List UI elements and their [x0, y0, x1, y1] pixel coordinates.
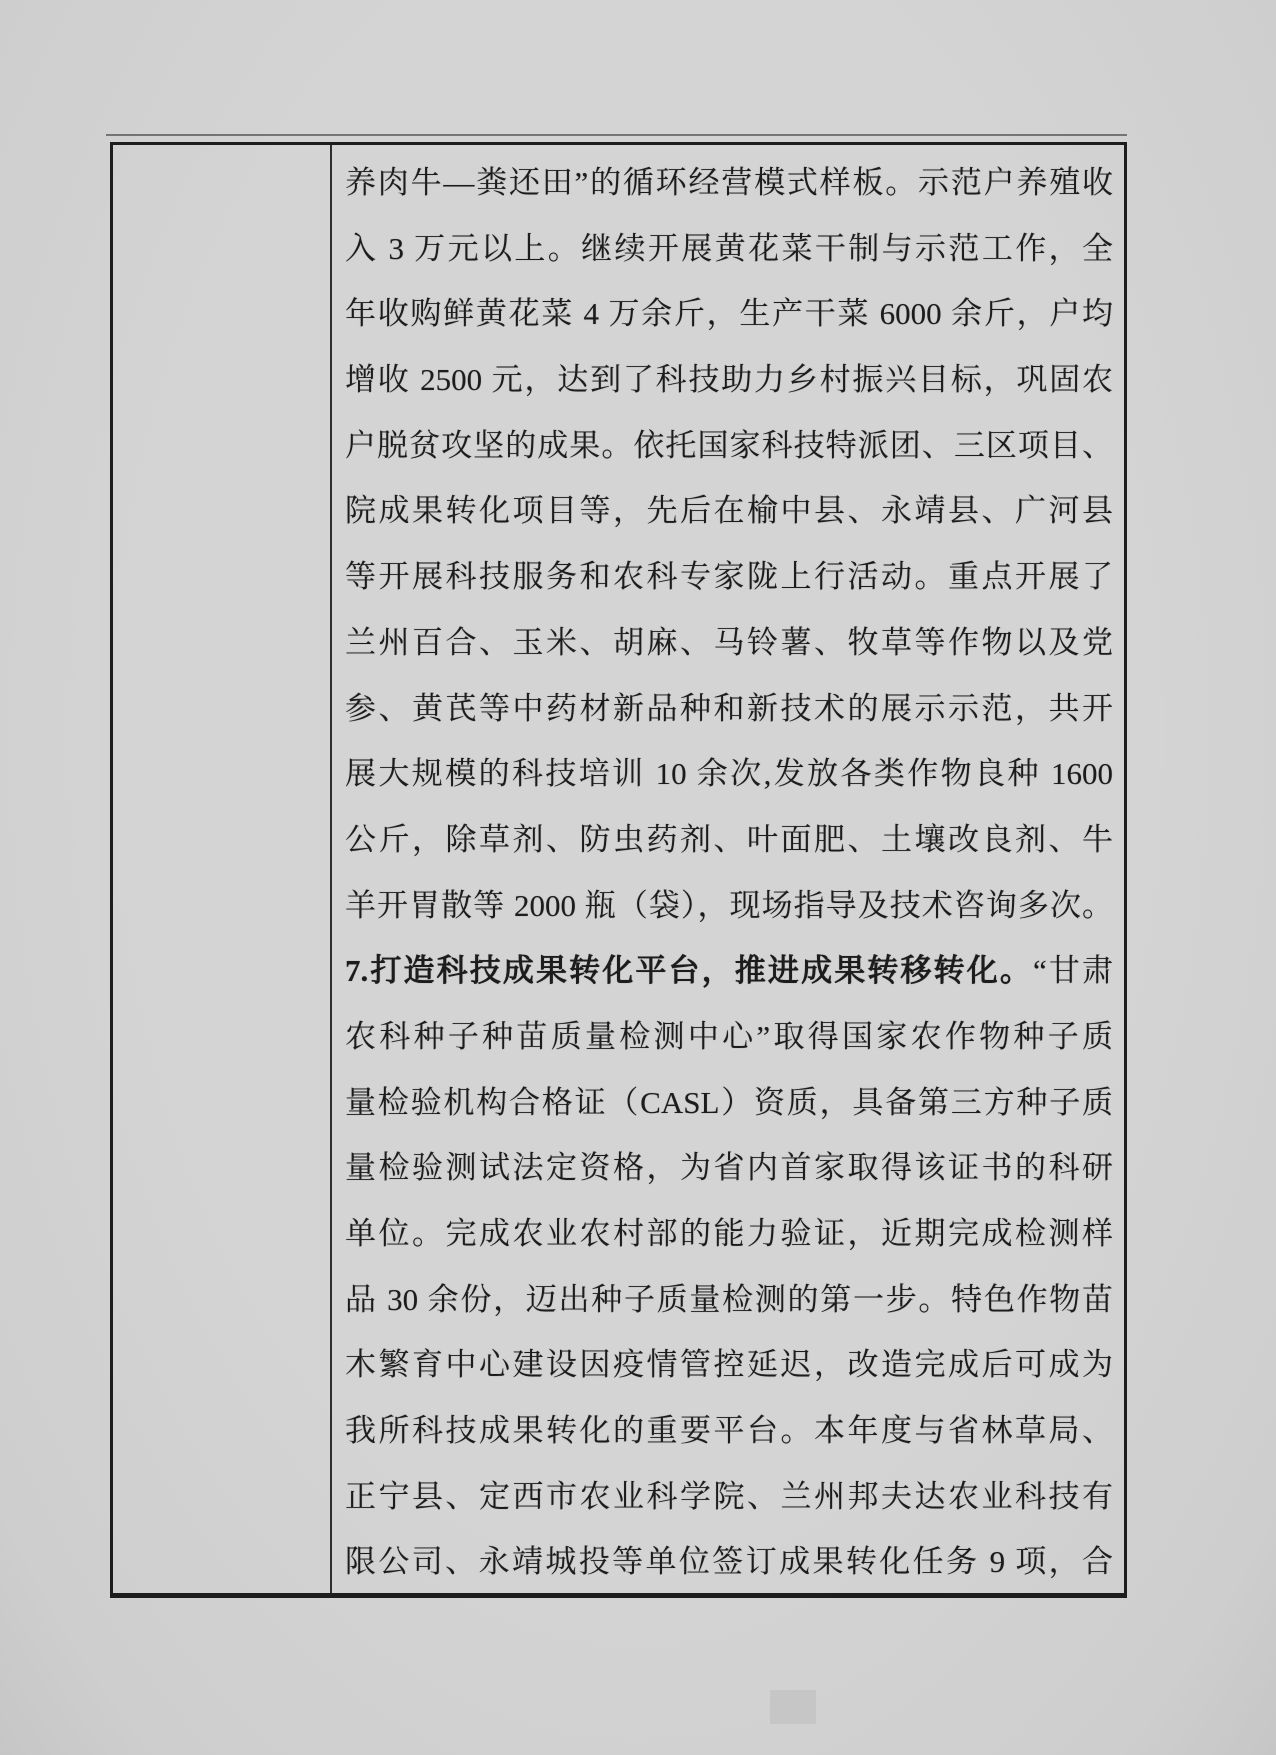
report-line: 品 30 余份，迈出种子质量检测的第一步。特色作物苗 [345, 1267, 1113, 1333]
report-line: 户脱贫攻坚的成果。依托国家科技特派团、三区项目、 [345, 413, 1113, 479]
report-line: 养肉牛—粪还田”的循环经营模式样板。示范户养殖收 [345, 150, 1113, 216]
report-line: 兰州百合、玉米、胡麻、马铃薯、牧草等作物以及党 [345, 610, 1113, 676]
report-line: 量检验机构合格证（CASL）资质，具备第三方种子质 [345, 1070, 1113, 1136]
report-line: 年收购鲜黄花菜 4 万余斤，生产干菜 6000 余斤，户均 [345, 281, 1113, 347]
report-line: 公斤，除草剂、防虫药剂、叶面肥、土壤改良剂、牛 [345, 807, 1113, 873]
report-line: 等开展科技服务和农科专家陇上行活动。重点开展了 [345, 544, 1113, 610]
report-line: 院成果转化项目等，先后在榆中县、永靖县、广河县 [345, 478, 1113, 544]
table-left-column-empty [113, 145, 332, 1593]
table-content-column: 养肉牛—粪还田”的循环经营模式样板。示范户养殖收 入 3 万元以上。继续开展黄花… [332, 145, 1124, 1593]
scanned-document-page: 养肉牛—粪还田”的循环经营模式样板。示范户养殖收 入 3 万元以上。继续开展黄花… [0, 0, 1276, 1755]
report-line: 羊开胃散等 2000 瓶（袋），现场指导及技术咨询多次。 [345, 873, 1113, 939]
report-line: 木繁育中心建设因疫情管控延迟，改造完成后可成为 [345, 1332, 1113, 1398]
report-line: 展大规模的科技培训 10 余次,发放各类作物良种 1600 [345, 741, 1113, 807]
report-line: 限公司、永靖城投等单位签订成果转化任务 9 项，合 [345, 1529, 1113, 1593]
report-line: 参、黄芪等中药材新品种和新技术的展示示范，共开 [345, 676, 1113, 742]
report-line: 单位。完成农业农村部的能力验证，近期完成检测样 [345, 1201, 1113, 1267]
report-line: 量检验测试法定资格，为省内首家取得该证书的科研 [345, 1135, 1113, 1201]
report-table: 养肉牛—粪还田”的循环经营模式样板。示范户养殖收 入 3 万元以上。继续开展黄花… [110, 142, 1127, 1598]
report-line: 正宁县、定西市农业科学院、兰州邦夫达农业科技有 [345, 1464, 1113, 1530]
report-line-section-heading: 7.打造科技成果转化平台，推进成果转移转化。“甘肃 [345, 938, 1113, 1004]
scan-smudge-artifact [770, 1690, 816, 1724]
report-line: 入 3 万元以上。继续开展黄花菜干制与示范工作，全 [345, 216, 1113, 282]
report-line: 农科种子种苗质量检测中心”取得国家农作物种子质 [345, 1004, 1113, 1070]
scan-ghost-line [106, 134, 1127, 136]
report-line: 增收 2500 元，达到了科技助力乡村振兴目标，巩固农 [345, 347, 1113, 413]
report-line: 我所科技成果转化的重要平台。本年度与省林草局、 [345, 1398, 1113, 1464]
